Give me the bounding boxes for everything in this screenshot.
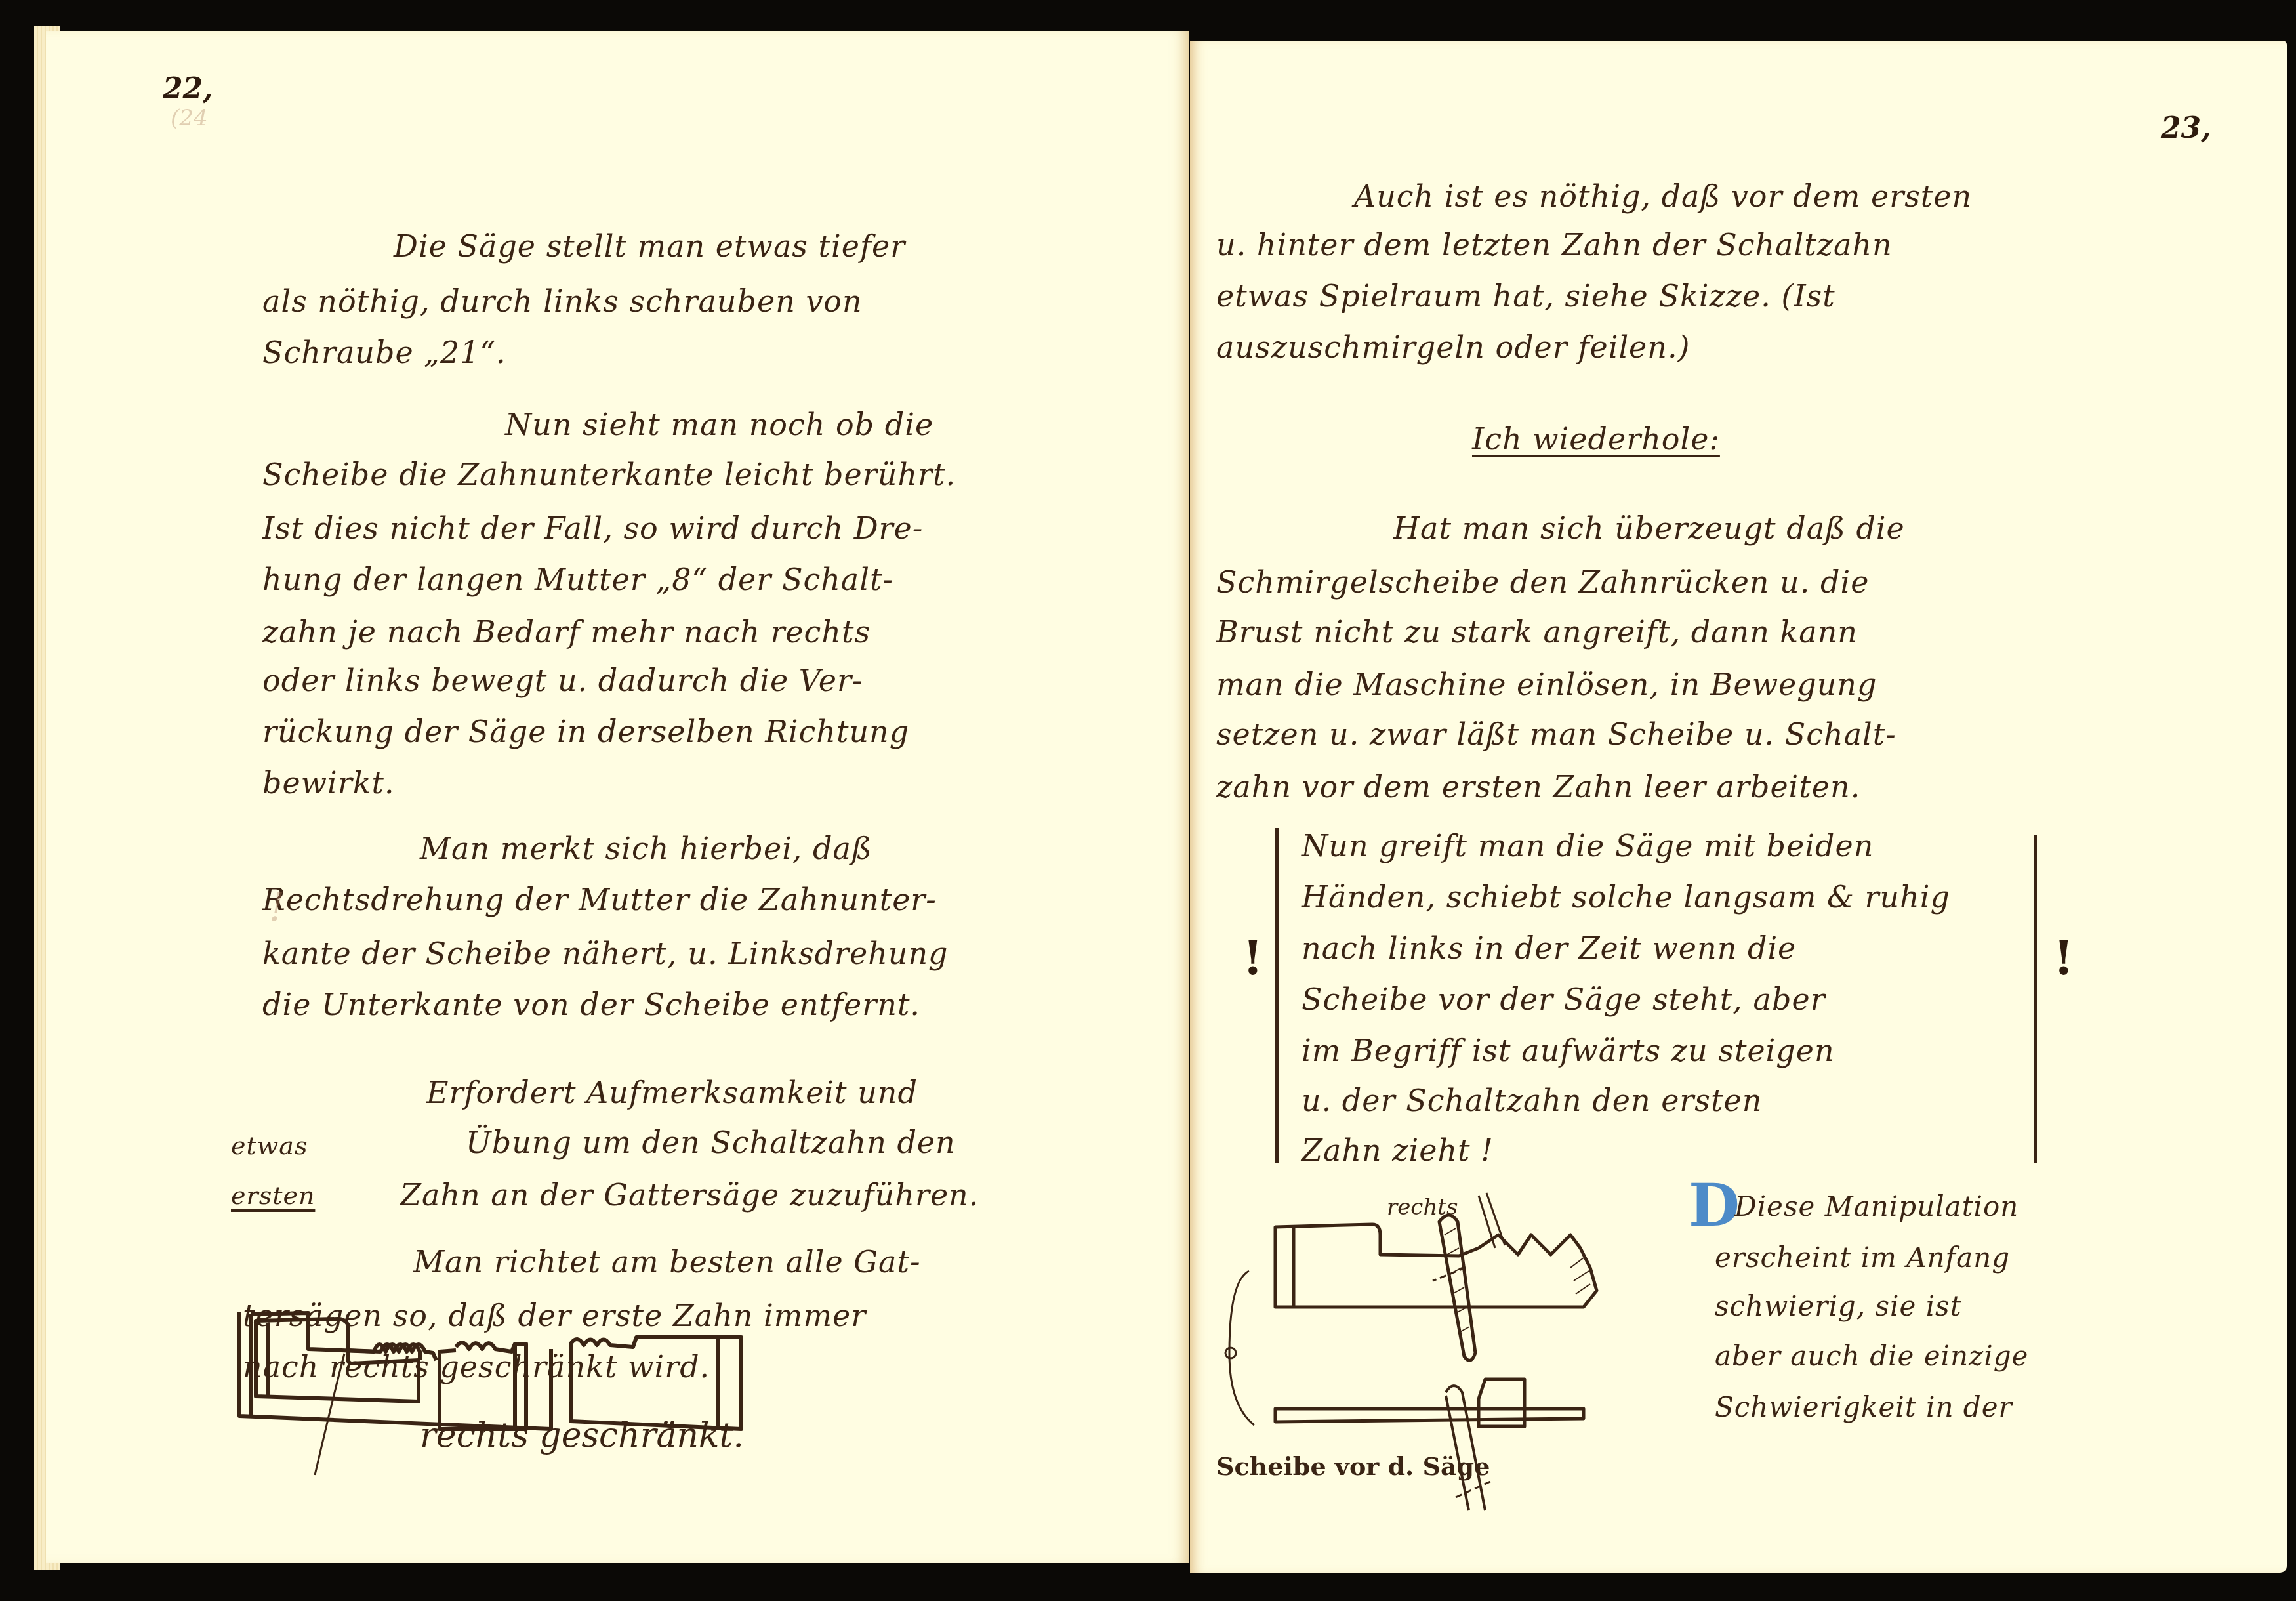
exclamation-mark-right: !: [2053, 930, 2074, 986]
book-spread: 22, (24 Die Säge stellt man etwas tiefer…: [0, 0, 2296, 1601]
figure-label-scheibe: Scheibe vor d. Säge: [1216, 1451, 1490, 1481]
section-heading: Ich wiederhole:: [1472, 421, 1720, 457]
side-note-line: schwierig, sie ist: [1715, 1290, 1962, 1322]
faint-exclamation-mark: !: [269, 884, 285, 930]
side-note-line: Diese Manipulation: [1734, 1190, 2019, 1222]
exclamation-mark-left: !: [1242, 930, 1263, 986]
text-line: Brust nicht zu stark angreift, dann kann: [1216, 614, 1858, 650]
box-right-rule: [2034, 835, 2037, 1163]
saw-blade-sketch-main: [210, 1311, 604, 1482]
text-line: oder links bewegt u. dadurch die Ver-: [262, 663, 863, 698]
text-line: Nun sieht man noch ob die: [505, 407, 933, 442]
text-line: hung der langen Mutter „8“ der Schalt-: [262, 562, 893, 597]
bleed-through-mark: (24: [171, 105, 208, 131]
text-line: u. hinter dem letzten Zahn der Schaltzah…: [1216, 227, 1893, 262]
text-line: zahn je nach Bedarf mehr nach rechts: [262, 614, 871, 650]
text-line: Man richtet am besten alle Gat-: [413, 1244, 920, 1279]
text-line: rückung der Säge in derselben Richtung: [262, 714, 909, 749]
text-line: Übung um den Schaltzahn den: [466, 1125, 956, 1160]
text-line: die Unterkante von der Scheibe entfernt.: [262, 987, 920, 1022]
text-line: setzen u. zwar läßt man Scheibe u. Schal…: [1216, 717, 1896, 752]
text-line: Rechtsdrehung der Mutter die Zahnunter-: [262, 882, 937, 917]
blue-crayon-initial: D: [1689, 1171, 1740, 1240]
text-line: man die Maschine einlösen, in Bewegung: [1216, 667, 1877, 702]
boxed-text-line: u. der Schaltzahn den ersten: [1302, 1083, 1762, 1118]
margin-note: ersten: [231, 1181, 315, 1210]
boxed-text-line: Nun greift man die Säge mit beiden: [1302, 828, 1874, 863]
text-line: Schmirgelscheibe den Zahnrücken u. die: [1216, 564, 1869, 600]
text-line: zahn vor dem ersten Zahn leer arbeiten.: [1216, 769, 1860, 804]
boxed-text-line: Händen, schiebt solche langsam & ruhig: [1302, 879, 1950, 915]
text-line: Zahn an der Gattersäge zuzuführen.: [400, 1177, 979, 1213]
boxed-text-line: Scheibe vor der Säge steht, aber: [1302, 982, 1826, 1017]
page-number-right: 23,: [2161, 112, 2211, 145]
text-line: bewirkt.: [262, 765, 395, 800]
text-line: etwas Spielraum hat, siehe Skizze. (Ist: [1216, 278, 1835, 314]
box-left-rule: [1275, 828, 1279, 1163]
boxed-text-line: Zahn zieht !: [1302, 1133, 1494, 1168]
margin-note: etwas: [231, 1131, 308, 1160]
text-line: auszuschmirgeln oder feilen.): [1216, 329, 1691, 365]
page-number-left: 22,: [163, 72, 213, 106]
sharpening-sketch: [1216, 1182, 1689, 1576]
text-line: Auch ist es nöthig, daß vor dem ersten: [1354, 178, 1972, 214]
side-note-line: erscheint im Anfang: [1715, 1241, 2010, 1274]
side-note-line: Schwierigkeit in der: [1715, 1391, 2013, 1423]
side-note-line: aber auch die einzige: [1715, 1340, 2028, 1372]
text-line: Scheibe die Zahnunterkante leicht berühr…: [262, 457, 956, 492]
text-line: Schraube „21“.: [262, 335, 506, 370]
text-line: Die Säge stellt man etwas tiefer: [394, 228, 905, 264]
text-line: kante der Scheibe nähert, u. Linksdrehun…: [262, 936, 949, 971]
left-page: 22, (24 Die Säge stellt man etwas tiefer…: [46, 31, 1189, 1563]
text-line: Ist dies nicht der Fall, so wird durch D…: [262, 510, 923, 546]
figure-caption: rechts geschränkt.: [420, 1416, 744, 1455]
right-page: 23, Auch ist es nöthig, daß vor dem erst…: [1190, 41, 2287, 1573]
text-line: Erfordert Aufmerksamkeit und: [426, 1075, 918, 1110]
text-line: als nöthig, durch links schrauben von: [262, 283, 863, 319]
figure-label-rechts: rechts: [1387, 1194, 1458, 1220]
boxed-text-line: nach links in der Zeit wenn die: [1302, 930, 1796, 966]
boxed-text-line: im Begriff ist aufwärts zu steigen: [1302, 1033, 1835, 1068]
text-line: Man merkt sich hierbei, daß: [420, 831, 872, 866]
text-line: Hat man sich überzeugt daß die: [1393, 510, 1905, 546]
